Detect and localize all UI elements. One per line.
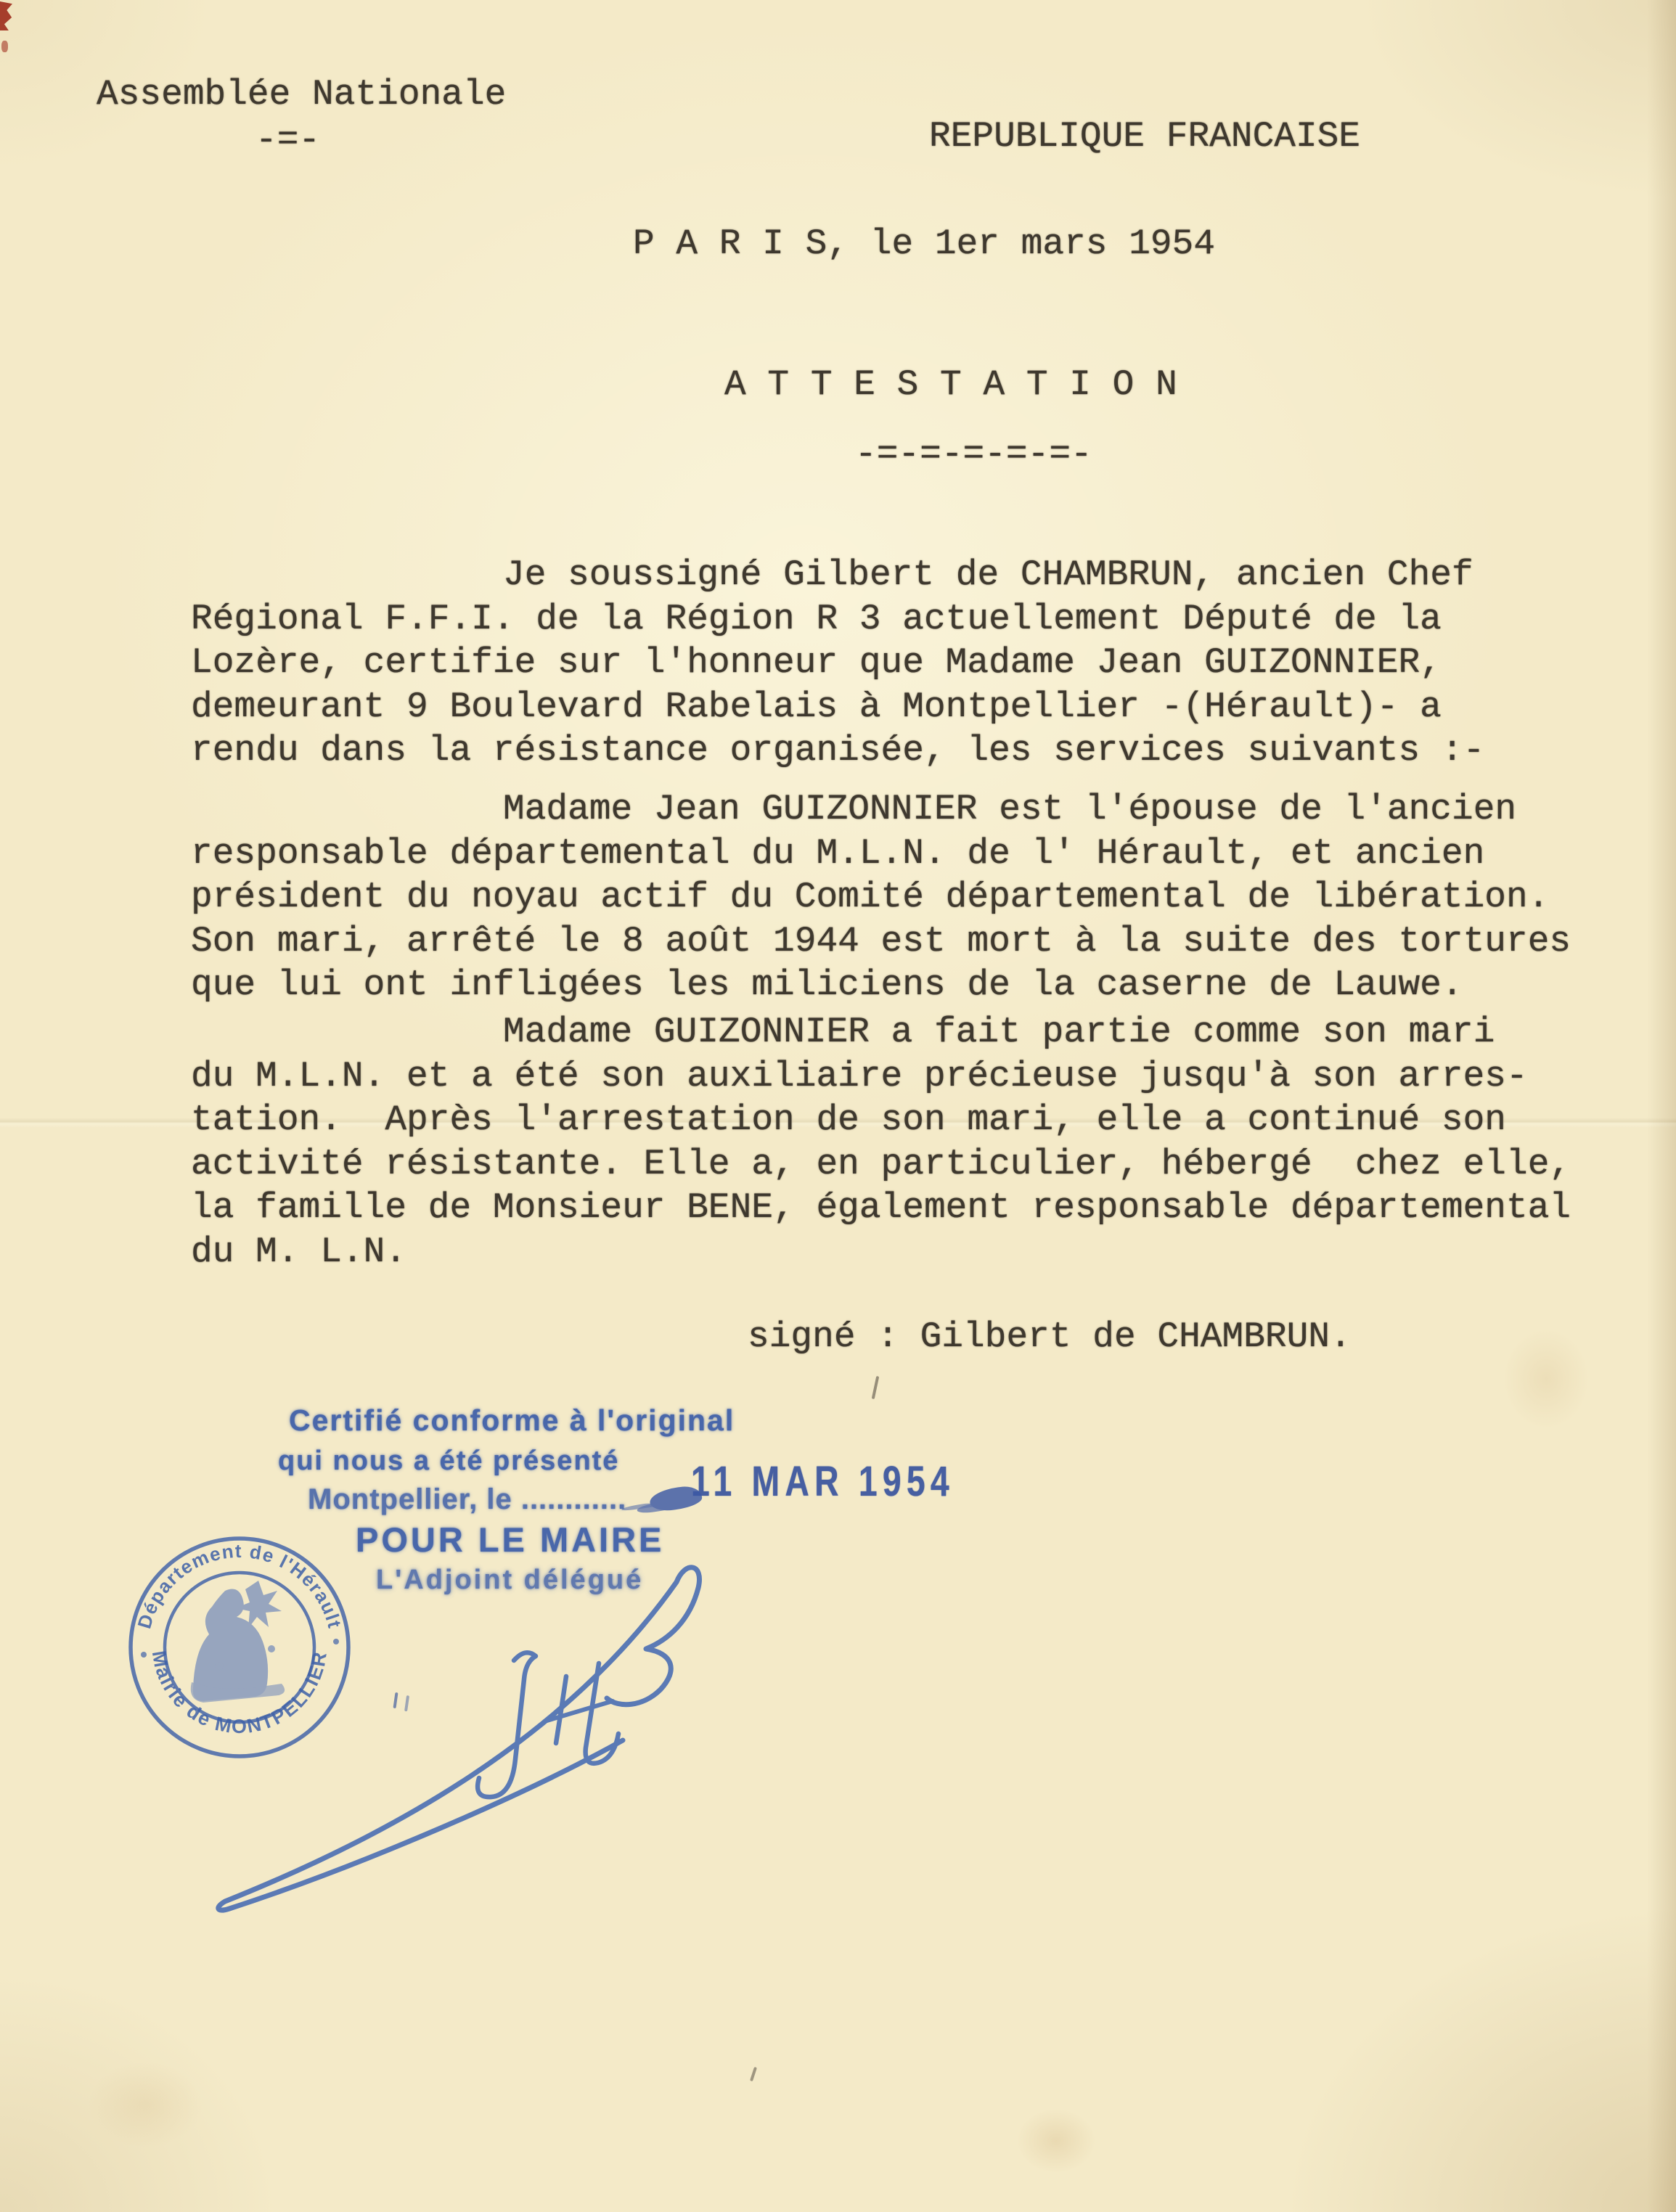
body-line: Je soussigné Gilbert de CHAMBRUN, ancien… [191, 553, 1484, 597]
letterhead-rule: -=- [256, 118, 320, 163]
body-line: Madame Jean GUIZONNIER est l'épouse de l… [191, 787, 1571, 832]
attestation-rule: -=-=-=-=-=- [855, 433, 1092, 477]
stamp-presented-line: qui nous a été présenté [278, 1446, 619, 1477]
body-line: Régional F.F.I. de la Région R 3 actuell… [191, 597, 1484, 642]
body-line: tation. Après l'arrestation de son mari,… [191, 1098, 1571, 1142]
signature-caption: signé : Gilbert de CHAMBRUN. [748, 1315, 1352, 1359]
paper-stain [1503, 1328, 1590, 1430]
body-line: du M. L.N. [191, 1230, 1571, 1274]
body-line: du M.L.N. et a été son auxiliaire précie… [191, 1054, 1571, 1099]
paragraph-1: Je soussigné Gilbert de CHAMBRUN, ancien… [191, 553, 1484, 773]
letterhead-organization: Assemblée Nationale [97, 73, 506, 117]
body-line: la famille de Monsieur BENE, également r… [191, 1186, 1571, 1230]
handwritten-signature [203, 1553, 711, 1959]
stamp-place-line: Montpellier, le ............ [308, 1483, 626, 1516]
body-line: activité résistante. Elle a, en particul… [191, 1142, 1571, 1187]
seal-separator-dot [141, 1652, 147, 1658]
stamp-certified-line: Certifié conforme à l'original [289, 1404, 735, 1438]
signature-letters-stroke [478, 1652, 536, 1797]
paragraph-3: Madame GUIZONNIER a fait partie comme so… [191, 1010, 1571, 1274]
body-line: demeurant 9 Boulevard Rabelais à Montpel… [191, 685, 1484, 729]
red-edge-mark [1, 41, 8, 52]
signature-flourish-stroke [218, 1568, 700, 1910]
body-line: Lozère, certifie sur l'honneur que Madam… [191, 641, 1484, 685]
attestation-title: A T T E S T A T I O N [724, 363, 1177, 407]
body-line: que lui ont infligées les miliciens de l… [191, 963, 1571, 1007]
body-line: président du noyau actif du Comité dépar… [191, 875, 1571, 919]
paper-stain [1016, 2108, 1096, 2174]
body-line: Madame GUIZONNIER a fait partie comme so… [191, 1010, 1571, 1054]
paragraph-2: Madame Jean GUIZONNIER est l'épouse de l… [191, 787, 1571, 1007]
place-date-line: P A R I S, le 1er mars 1954 [633, 222, 1215, 266]
page-edge-shadow [1647, 0, 1676, 2212]
body-line: rendu dans la résistance organisée, les … [191, 729, 1484, 773]
body-line: Son mari, arrêté le 8 août 1944 est mort… [191, 919, 1571, 964]
republic-title: REPUBLIQUE FRANCAISE [929, 115, 1360, 159]
paper-stain [87, 2061, 203, 2148]
date-stamp: 11 MAR 1954 [691, 1457, 954, 1506]
body-line: responsable départemental du M.L.N. de l… [191, 832, 1571, 876]
